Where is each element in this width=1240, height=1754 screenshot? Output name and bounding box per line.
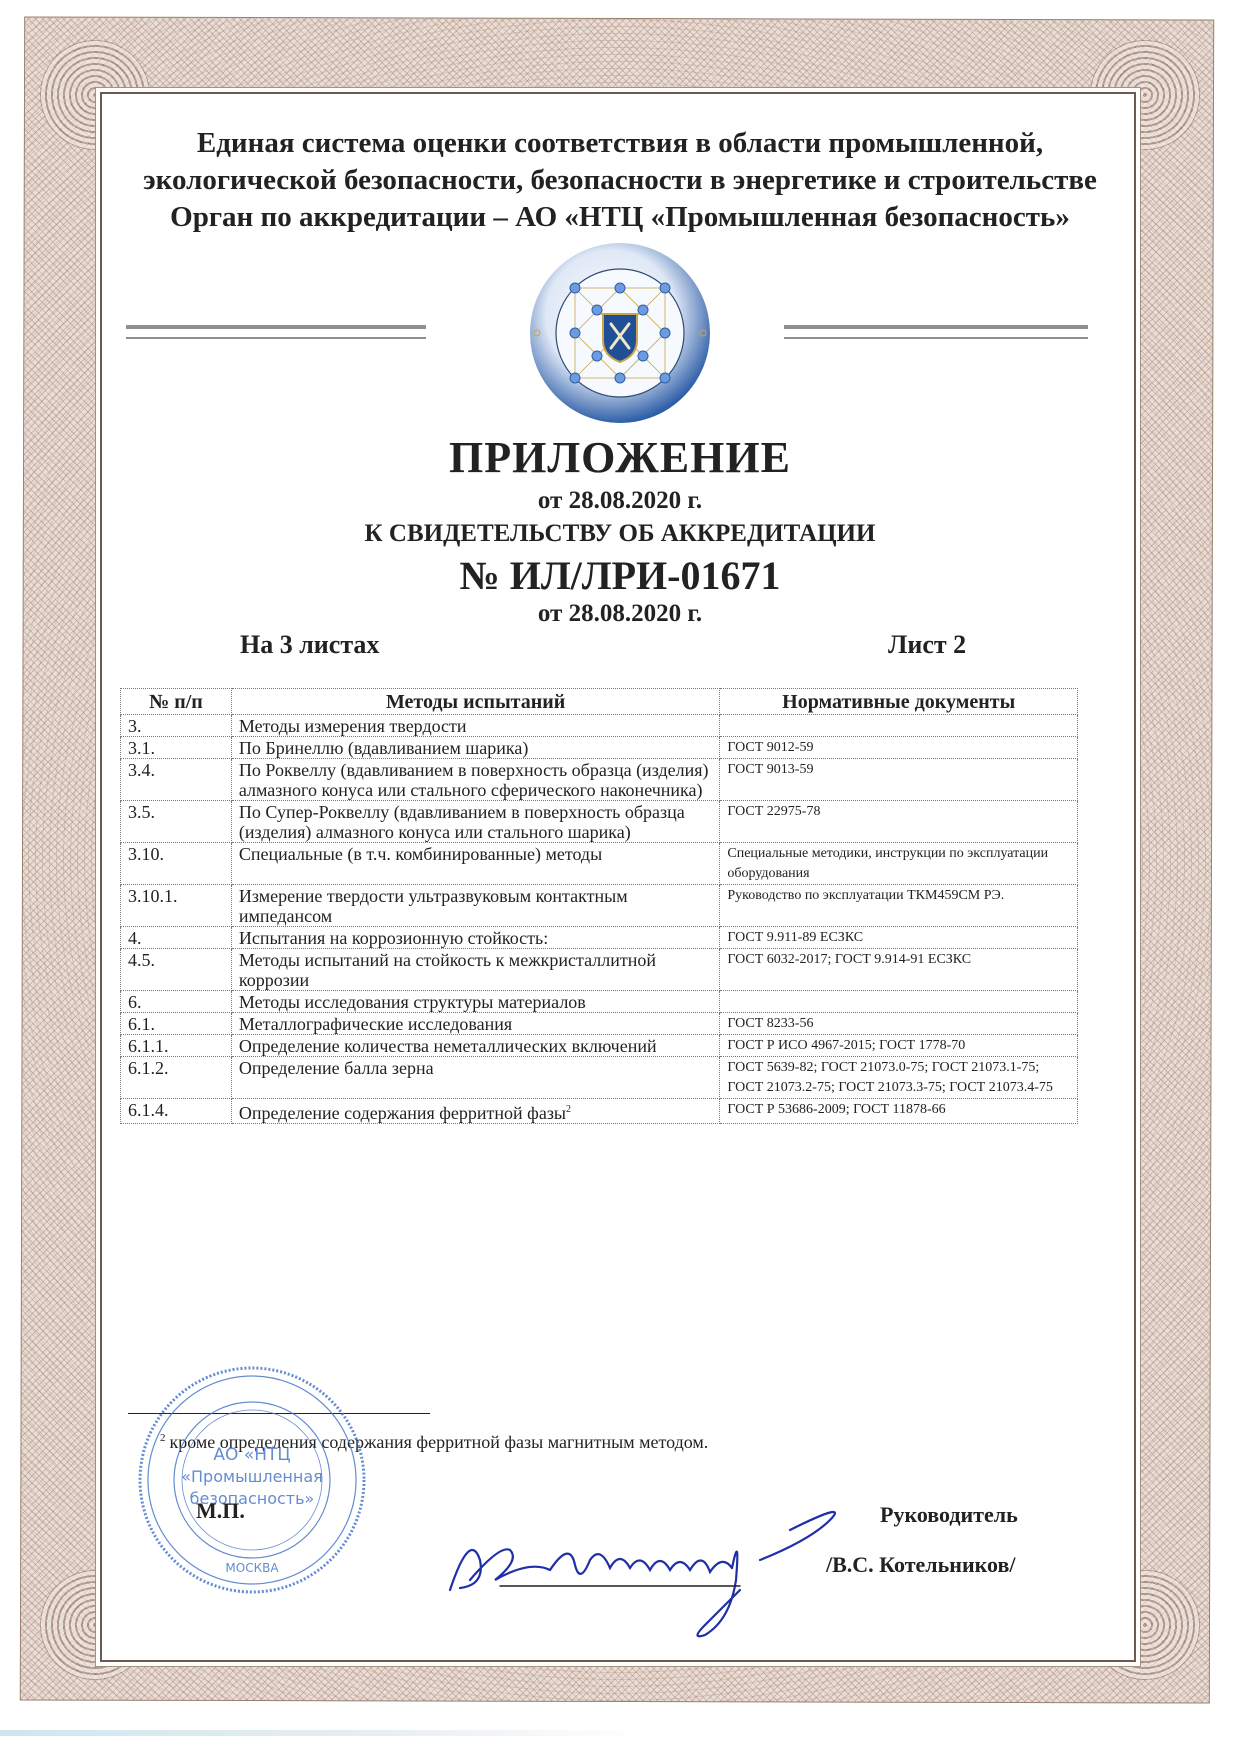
row-number: 3.10.1. [121,885,232,927]
row-number: 6.1.4. [121,1099,232,1124]
table-row: 3.Методы измерения твердости [121,715,1078,737]
row-method: По Супер-Роквеллу (вдавливанием в поверх… [231,801,719,843]
column-header-documents: Нормативные документы [720,689,1078,715]
footnote-reference: 2 [566,1104,571,1115]
header-line-2: экологической безопасности, безопасности… [100,162,1140,199]
method-text: Испытания на коррозионную стойкость: [239,928,548,948]
row-documents: ГОСТ 9013-59 [720,759,1078,801]
row-method: Испытания на коррозионную стойкость: [231,927,719,949]
method-text: Специальные (в т.ч. комбинированные) мет… [239,844,602,864]
emblem-logo-icon [515,238,725,428]
table-header-row: № п/п Методы испытаний Нормативные докум… [121,689,1078,715]
test-methods-table: № п/п Методы испытаний Нормативные докум… [120,688,1078,1124]
column-header-methods: Методы испытаний [231,689,719,715]
certificate-number: № ИЛ/ЛРИ-01671 [100,552,1140,599]
row-method: Специальные (в т.ч. комбинированные) мет… [231,843,719,885]
official-stamp-icon: АО «НТЦ «Промышленная безопасность» МОСК… [132,1360,372,1600]
row-documents: ГОСТ 9012-59 [720,737,1078,759]
row-number: 3.5. [121,801,232,843]
row-number: 6.1.2. [121,1057,232,1099]
row-number: 4.5. [121,949,232,991]
row-documents: ГОСТ 6032-2017; ГОСТ 9.914-91 ЕСЗКС [720,949,1078,991]
method-text: Методы измерения твердости [239,716,467,736]
decorative-rule-left [126,325,426,339]
table-row: 6.1.1.Определение количества неметалличе… [121,1035,1078,1057]
row-documents [720,991,1078,1013]
row-method: Металлографические исследования [231,1013,719,1035]
table-row: 4.Испытания на коррозионную стойкость:ГО… [121,927,1078,949]
method-text: Металлографические исследования [239,1014,512,1034]
decorative-rule-right [784,325,1088,339]
method-text: Определение содержания ферритной фазы [239,1103,566,1123]
row-documents: ГОСТ 22975-78 [720,801,1078,843]
row-number: 6.1. [121,1013,232,1035]
row-number: 3.1. [121,737,232,759]
table-row: 6.1.4.Определение содержания ферритной ф… [121,1099,1078,1124]
certificate-reference: К СВИДЕТЕЛЬСТВУ ОБ АККРЕДИТАЦИИ [100,520,1140,548]
row-documents: Руководство по эксплуатации ТКМ459СМ РЭ. [720,885,1078,927]
row-method: По Бринеллю (вдавливанием шарика) [231,737,719,759]
row-method: Определение количества неметаллических в… [231,1035,719,1057]
table-row: 3.10.1.Измерение твердости ультразвуковы… [121,885,1078,927]
method-text: По Роквеллу (вдавливанием в поверхность … [239,760,709,800]
method-text: Определение балла зерна [239,1058,434,1078]
header-line-1: Единая система оценки соответствия в обл… [100,125,1140,162]
method-text: Измерение твердости ультразвуковым конта… [239,886,628,926]
stamp-line-2: «Промышленная [181,1467,323,1486]
sheet-number: Лист 2 [888,630,966,660]
table-row: 3.4.По Роквеллу (вдавливанием в поверхно… [121,759,1078,801]
table-row: 6.1.2.Определение балла зернаГОСТ 5639-8… [121,1057,1078,1099]
signatory-title: Руководитель [880,1502,1018,1528]
row-method: По Роквеллу (вдавливанием в поверхность … [231,759,719,801]
method-text: По Супер-Роквеллу (вдавливанием в поверх… [239,802,685,842]
issuer-header: Единая система оценки соответствия в обл… [100,125,1140,236]
row-documents: ГОСТ 5639-82; ГОСТ 21073.0-75; ГОСТ 2107… [720,1057,1078,1099]
row-documents: Специальные методики, инструкции по эксп… [720,843,1078,885]
stamp-city: МОСКВА [225,1561,279,1575]
table-row: 3.5.По Супер-Роквеллу (вдавливанием в по… [121,801,1078,843]
method-text: По Бринеллю (вдавливанием шарика) [239,738,528,758]
certificate-date: от 28.08.2020 г. [100,600,1140,628]
row-method: Методы исследования структуры материалов [231,991,719,1013]
row-documents: ГОСТ Р ИСО 4967-2015; ГОСТ 1778-70 [720,1035,1078,1057]
scan-artifact [0,1730,650,1736]
row-method: Измерение твердости ультразвуковым конта… [231,885,719,927]
row-number: 3.4. [121,759,232,801]
seal-label: М.П. [196,1498,245,1524]
row-method: Определение содержания ферритной фазы2 [231,1099,719,1124]
row-number: 6.1.1. [121,1035,232,1057]
stamp-line-1: АО «НТЦ [213,1445,290,1465]
table-row: 3.1.По Бринеллю (вдавливанием шарика)ГОС… [121,737,1078,759]
table-row: 6.1.Металлографические исследованияГОСТ … [121,1013,1078,1035]
handwritten-signature-icon [440,1490,840,1640]
document-title: ПРИЛОЖЕНИЕ [100,432,1140,483]
method-text: Методы исследования структуры материалов [239,992,586,1012]
row-number: 4. [121,927,232,949]
method-text: Методы испытаний на стойкость к межкрист… [239,950,656,990]
row-documents: ГОСТ Р 53686-2009; ГОСТ 11878-66 [720,1099,1078,1124]
row-number: 3. [121,715,232,737]
column-header-number: № п/п [121,689,232,715]
header-line-3: Орган по аккредитации – АО «НТЦ «Промышл… [100,199,1140,236]
table-row: 3.10.Специальные (в т.ч. комбинированные… [121,843,1078,885]
row-documents: ГОСТ 8233-56 [720,1013,1078,1035]
appendix-date: от 28.08.2020 г. [100,487,1140,515]
row-number: 3.10. [121,843,232,885]
row-number: 6. [121,991,232,1013]
row-method: Определение балла зерна [231,1057,719,1099]
table-row: 6.Методы исследования структуры материал… [121,991,1078,1013]
sheet-count: На 3 листах [240,630,379,660]
method-text: Определение количества неметаллических в… [239,1036,657,1056]
row-method: Методы измерения твердости [231,715,719,737]
row-documents: ГОСТ 9.911-89 ЕСЗКС [720,927,1078,949]
table-row: 4.5.Методы испытаний на стойкость к межк… [121,949,1078,991]
row-method: Методы испытаний на стойкость к межкрист… [231,949,719,991]
signatory-name: /В.С. Котельников/ [826,1552,1015,1578]
row-documents [720,715,1078,737]
